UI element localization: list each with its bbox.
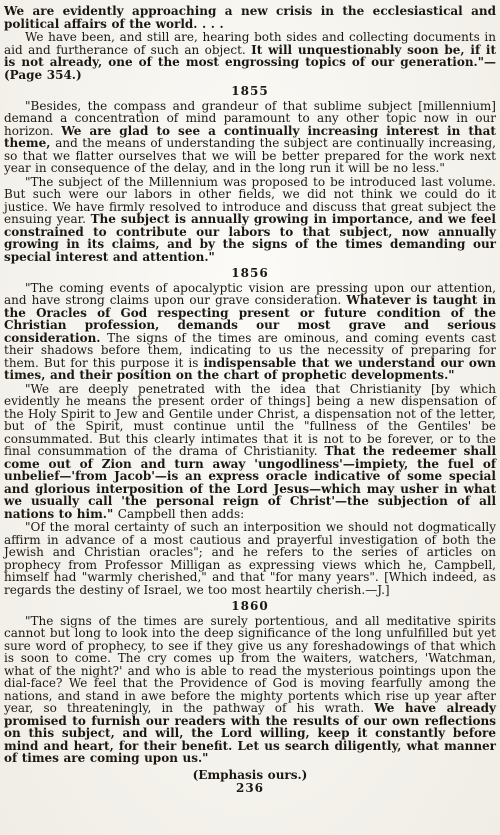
paragraph-text: and the means of understanding the subje… [4,136,496,175]
paragraph-text: "The signs of the times are surely porte… [4,614,496,716]
paragraph-text: "Of the moral certainty of such an inter… [4,520,496,597]
paragraph: "We are deeply penetrated with the idea … [4,383,496,521]
paragraph: "The coming events of apocalyptic vision… [4,282,496,382]
paragraph: "Of the moral certainty of such an inter… [4,521,496,596]
year-heading-1856: 1856 [4,267,496,280]
paragraph-continuation: We are evidently approaching a new crisi… [4,5,496,30]
paragraph: We have been, and still are, hearing bot… [4,31,496,81]
paragraph: "The subject of the Millennium was propo… [4,176,496,264]
year-heading-1855: 1855 [4,85,496,98]
paragraph-text: Campbell then adds: [118,507,244,521]
paragraph-text: We are evidently approaching a new crisi… [4,4,496,31]
book-page: We are evidently approaching a new crisi… [0,0,500,835]
paragraph: "The signs of the times are surely porte… [4,615,496,765]
page-number: 236 [4,782,496,795]
paragraph: "Besides, the compass and grandeur of th… [4,100,496,175]
emphasis-note: (Emphasis ours.) [4,769,496,782]
year-heading-1860: 1860 [4,600,496,613]
